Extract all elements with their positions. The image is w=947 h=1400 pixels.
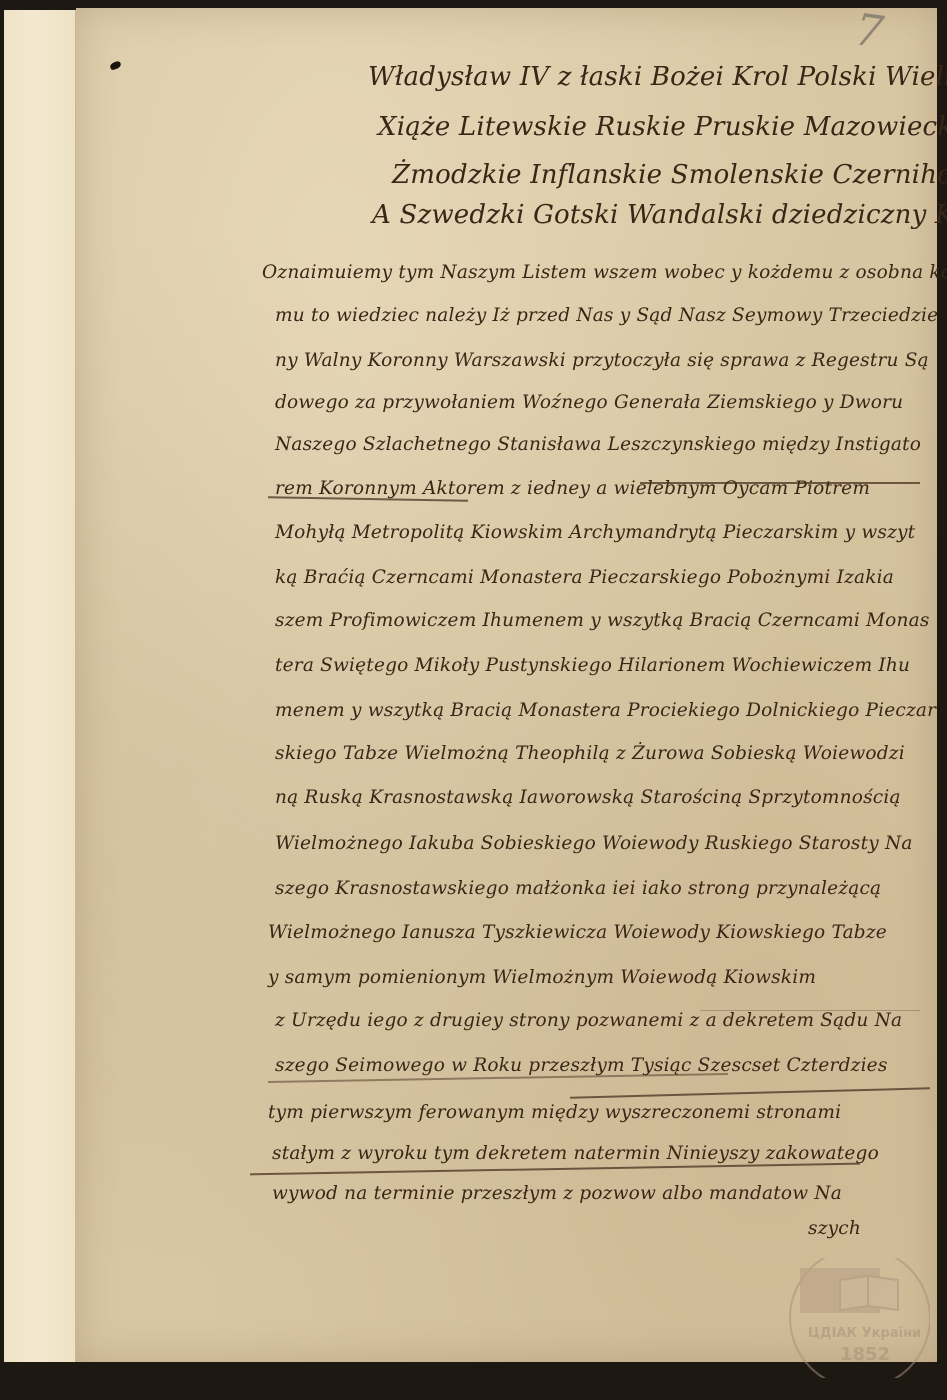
body-line-7: Mohyłą Metropolitą Kiowskim Archymandryt… <box>275 522 915 543</box>
paper-margin-strip <box>4 10 76 1362</box>
body-line-5: Naszego Szlachetnego Stanisława Leszczyn… <box>275 434 921 455</box>
archive-stamp: ЦДІАК України 1852 <box>780 1258 930 1378</box>
body-line-8: ką Braćią Czerncami Monastera Pieczarski… <box>275 567 894 588</box>
title-line-3: Żmodzkie Inflanskie Smolenskie Czernihow… <box>392 160 947 190</box>
body-line-2: mu to wiedziec należy Iż przed Nas y Sąd… <box>275 305 938 326</box>
body-line-14: Wielmożnego Iakuba Sobieskiego Woiewody … <box>275 833 913 854</box>
faint-underline <box>700 1010 920 1011</box>
body-line-9: szem Profimowiczem Ihumenem y wszytką Br… <box>275 610 930 631</box>
body-line-15: szego Krasnostawskiego małżonka iei iako… <box>275 878 881 899</box>
body-line-18: z Urzędu iego z drugiey strony pozwanemi… <box>275 1010 902 1031</box>
title-line-1: Władysław IV z łaski Bożei Krol Polski W… <box>368 62 947 92</box>
body-line-19: szego Seimowego w Roku przeszłym Tysiąc … <box>275 1055 888 1076</box>
body-line-23: szych <box>808 1218 861 1239</box>
stamp-number: 1852 <box>840 1344 890 1365</box>
underline-stroke <box>640 482 920 484</box>
body-line-22: wywod na terminie przeszłym z pozwow alb… <box>272 1183 842 1204</box>
body-line-4: dowego za przywołaniem Woźnego Generała … <box>275 392 903 413</box>
title-line-2: Xiąże Litewskie Ruskie Pruskie Mazowieck… <box>378 112 947 142</box>
title-line-4: A Szwedzki Gotski Wandalski dziedziczny … <box>372 200 947 230</box>
body-line-10: tera Swiętego Mikoły Pustynskiego Hilari… <box>275 655 910 676</box>
body-line-1: Oznaimuiemy tym Naszym Listem wszem wobe… <box>262 262 947 283</box>
body-line-3: ny Walny Koronny Warszawski przytoczyła … <box>275 350 929 371</box>
body-line-20: tym pierwszym ferowanym między wyszreczo… <box>268 1102 841 1123</box>
body-line-16: Wielmożnego Ianusza Tyszkiewicza Woiewod… <box>268 922 887 943</box>
body-line-12: skiego Tabze Wielmożną Theophilą z Żurow… <box>275 743 905 764</box>
body-line-13: ną Ruską Krasnostawską Iaworowską Staroś… <box>275 787 901 808</box>
body-line-11: menem y wszytką Bracią Monastera Prociek… <box>275 700 936 721</box>
stamp-label: ЦДІАК України <box>808 1326 921 1341</box>
body-line-17: y samym pomienionym Wielmożnym Woiewodą … <box>268 967 816 988</box>
body-line-21: stałym z wyroku tym dekretem natermin Ni… <box>272 1143 879 1164</box>
